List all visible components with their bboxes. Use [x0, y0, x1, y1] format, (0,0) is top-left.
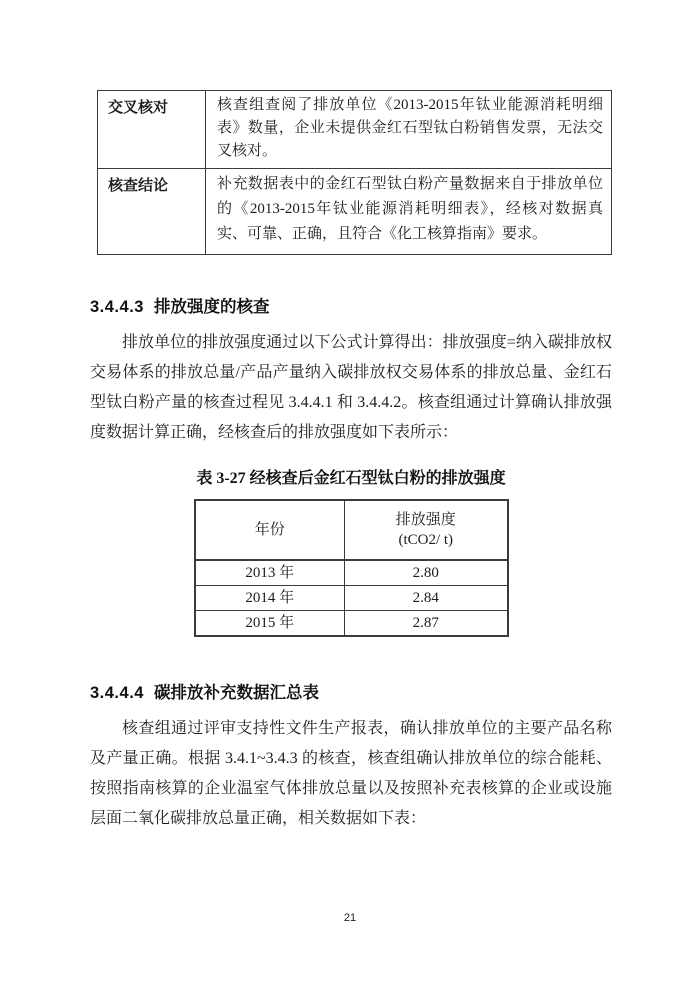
table-row: 交叉核对 核查组查阅了排放单位《2013-2015年钛业能源消耗明细表》数量，企…	[98, 91, 612, 169]
intensity-header-line2: (tCO2/ t)	[345, 530, 507, 550]
page-content: 交叉核对 核查组查阅了排放单位《2013-2015年钛业能源消耗明细表》数量，企…	[90, 90, 612, 834]
review-row-label: 交叉核对	[98, 91, 206, 169]
table-row: 2015 年 2.87	[195, 611, 508, 637]
intensity-cell: 2.84	[345, 586, 508, 611]
section-heading-3444: 3.4.4.4碳排放补充数据汇总表	[90, 679, 612, 703]
section-heading-3443: 3.4.4.3排放强度的核查	[90, 293, 612, 317]
section-title: 排放强度的核查	[154, 298, 270, 316]
review-row-label: 核查结论	[98, 169, 206, 255]
table-row: 2013 年 2.80	[195, 560, 508, 586]
table-row: 核查结论 补充数据表中的金红石型钛白粉产量数据来自于排放单位的《2013-201…	[98, 169, 612, 255]
intensity-column-header: 排放强度 (tCO2/ t)	[345, 500, 508, 560]
section-title: 碳排放补充数据汇总表	[154, 684, 319, 702]
cross-check-review-table: 交叉核对 核查组查阅了排放单位《2013-2015年钛业能源消耗明细表》数量，企…	[97, 90, 612, 255]
table-header-row: 年份 排放强度 (tCO2/ t)	[195, 500, 508, 560]
table-3-27-caption: 表 3-27 经核查后金红石型钛白粉的排放强度	[90, 465, 612, 488]
section-number: 3.4.4.4	[90, 684, 144, 702]
review-row-content: 补充数据表中的金红石型钛白粉产量数据来自于排放单位的《2013-2015年钛业能…	[206, 169, 612, 255]
paragraph-supplementary-data: 核查组通过评审支持性文件生产报表，确认排放单位的主要产品名称及产量正确。根据 3…	[90, 714, 612, 834]
section-number: 3.4.4.3	[90, 298, 144, 316]
page-number: 21	[0, 912, 700, 924]
paragraph-emission-intensity: 排放单位的排放强度通过以下公式计算得出：排放强度=纳入碳排放权交易体系的排放总量…	[90, 328, 612, 448]
document-page: 交叉核对 核查组查阅了排放单位《2013-2015年钛业能源消耗明细表》数量，企…	[0, 0, 700, 989]
review-row-content: 核查组查阅了排放单位《2013-2015年钛业能源消耗明细表》数量，企业未提供金…	[206, 91, 612, 169]
table-row: 2014 年 2.84	[195, 586, 508, 611]
emission-intensity-table: 年份 排放强度 (tCO2/ t) 2013 年 2.80 2014 年 2.8…	[194, 499, 509, 637]
intensity-cell: 2.80	[345, 560, 508, 586]
year-cell: 2013 年	[195, 560, 345, 586]
intensity-cell: 2.87	[345, 611, 508, 637]
intensity-header-line1: 排放强度	[345, 510, 507, 530]
year-cell: 2015 年	[195, 611, 345, 637]
year-column-header: 年份	[195, 500, 345, 560]
year-cell: 2014 年	[195, 586, 345, 611]
